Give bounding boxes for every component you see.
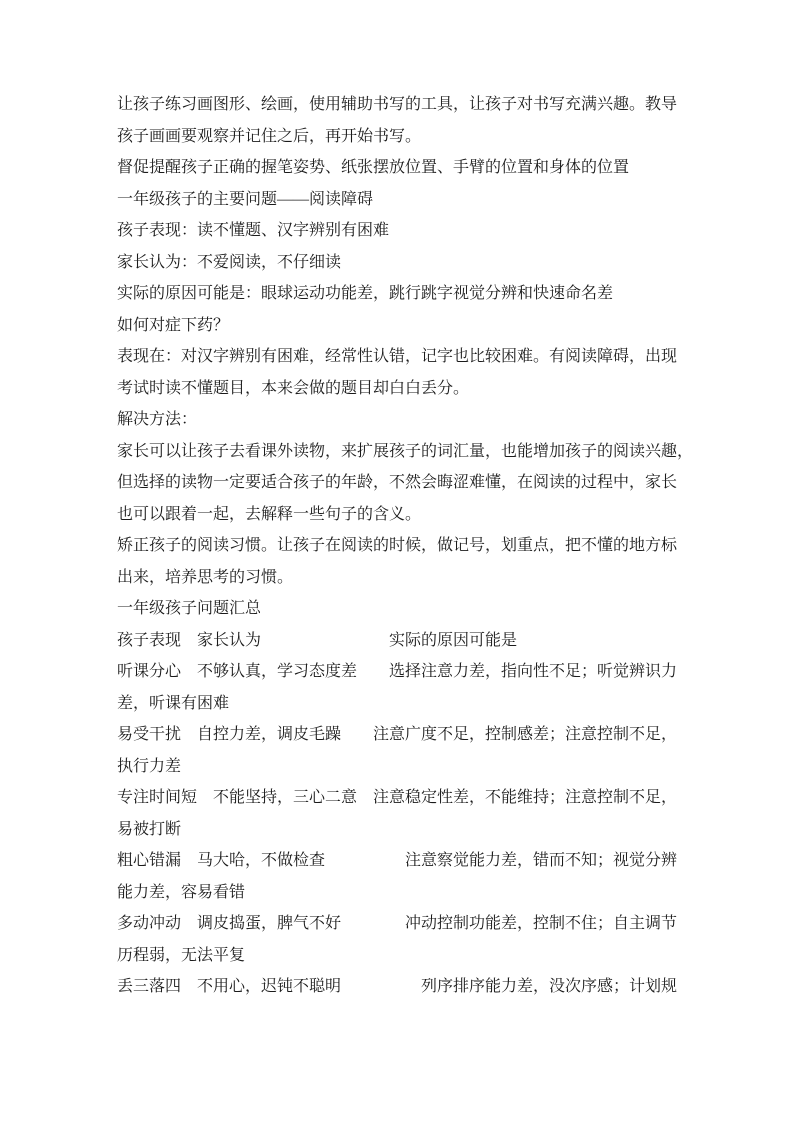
table-row-line: 易被打断 bbox=[117, 814, 683, 846]
text-line: 家长可以让孩子去看课外读物，来扩展孩子的词汇量，也能增加孩子的阅读兴趣， bbox=[117, 436, 683, 468]
text-line: 如何对症下药？ bbox=[117, 310, 683, 342]
document-page: 让孩子练习画图形、绘画，使用辅助书写的工具，让孩子对书写充满兴趣。教导 孩子画画… bbox=[0, 0, 793, 1122]
text-line: 家长认为：不爱阅读，不仔细读 bbox=[117, 247, 683, 279]
table-row-line: 易受干扰 自控力差，调皮毛躁 注意广度不足，控制感差；注意控制不足， bbox=[117, 719, 683, 751]
text-line: 孩子画画要观察并记住之后，再开始书写。 bbox=[117, 121, 683, 153]
text-line: 矫正孩子的阅读习惯。让孩子在阅读的时候，做记号，划重点，把不懂的地方标 bbox=[117, 530, 683, 562]
text-line: 一年级孩子问题汇总 bbox=[117, 593, 683, 625]
text-content: 让孩子练习画图形、绘画，使用辅助书写的工具，让孩子对书写充满兴趣。教导 孩子画画… bbox=[117, 89, 683, 1003]
table-row-line: 能力差，容易看错 bbox=[117, 877, 683, 909]
text-line: 考试时读不懂题目，本来会做的题目却白白丢分。 bbox=[117, 373, 683, 405]
text-line: 让孩子练习画图形、绘画，使用辅助书写的工具，让孩子对书写充满兴趣。教导 bbox=[117, 89, 683, 121]
table-row-line: 历程弱，无法平复 bbox=[117, 940, 683, 972]
table-row-line: 差，听课有困难 bbox=[117, 688, 683, 720]
table-row-line: 听课分心 不够认真，学习态度差 选择注意力差，指向性不足；听觉辨识力 bbox=[117, 656, 683, 688]
table-row-line: 粗心错漏 马大哈，不做检查 注意察觉能力差，错而不知；视觉分辨 bbox=[117, 845, 683, 877]
text-line: 督促提醒孩子正确的握笔姿势、纸张摆放位置、手臂的位置和身体的位置 bbox=[117, 152, 683, 184]
text-line: 表现在：对汉字辨别有困难，经常性认错，记字也比较困难。有阅读障碍，出现 bbox=[117, 341, 683, 373]
text-line: 解决方法： bbox=[117, 404, 683, 436]
text-line: 出来，培养思考的习惯。 bbox=[117, 562, 683, 594]
table-row-line: 丢三落四 不用心，迟钝不聪明 列序排序能力差，没次序感；计划规 bbox=[117, 971, 683, 1003]
table-row-line: 执行力差 bbox=[117, 751, 683, 783]
text-line: 实际的原因可能是：眼球运动功能差，跳行跳字视觉分辨和快速命名差 bbox=[117, 278, 683, 310]
text-line: 一年级孩子的主要问题——阅读障碍 bbox=[117, 184, 683, 216]
text-line: 但选择的读物一定要适合孩子的年龄，不然会晦涩难懂，在阅读的过程中，家长 bbox=[117, 467, 683, 499]
table-header-line: 孩子表现 家长认为 实际的原因可能是 bbox=[117, 625, 683, 657]
text-line: 也可以跟着一起，去解释一些句子的含义。 bbox=[117, 499, 683, 531]
table-row-line: 专注时间短 不能坚持，三心二意 注意稳定性差，不能维持；注意控制不足， bbox=[117, 782, 683, 814]
text-line: 孩子表现：读不懂题、汉字辨别有困难 bbox=[117, 215, 683, 247]
table-row-line: 多动冲动 调皮捣蛋，脾气不好 冲动控制功能差，控制不住；自主调节 bbox=[117, 908, 683, 940]
